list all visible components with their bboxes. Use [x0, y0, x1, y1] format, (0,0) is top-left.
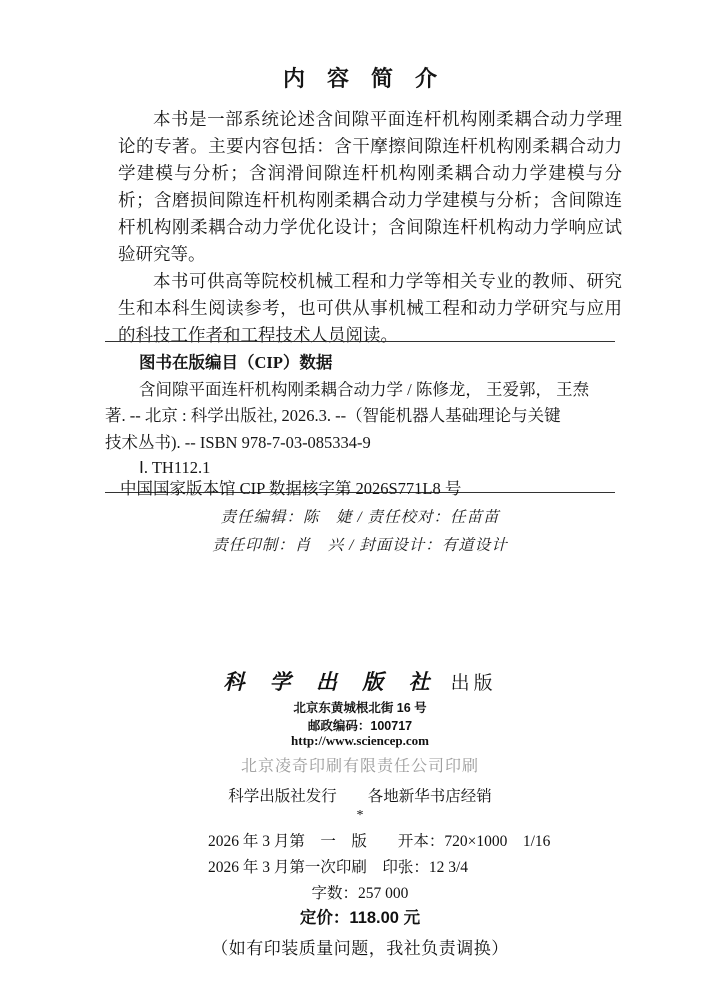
cip-publish-line: 著. -- 北京 : 科学出版社, 2026.3. --（智能机器人基础理论与关…	[105, 403, 615, 430]
intro-summary: 本书是一部系统论述含间隙平面连杆机构刚柔耦合动力学理论的专著。主要内容包括：含干…	[118, 106, 622, 349]
cip-classification: Ⅰ. TH112.1	[105, 456, 615, 478]
publisher-postcode: 邮政编码：100717	[0, 716, 720, 734]
printing-sheets-line: 2026 年 3 月第一次印刷 印张：12 3/4	[208, 855, 468, 877]
publisher-website: http://www.sciencep.com	[0, 733, 720, 749]
asterisk-divider: *	[0, 808, 720, 824]
publisher-logo-text: 科 学 出 版 社	[223, 669, 438, 694]
publisher-imprint: 科 学 出 版 社 出版	[0, 666, 720, 696]
intro-paragraph-1: 本书是一部系统论述含间隙平面连杆机构刚柔耦合动力学理论的专著。主要内容包括：含干…	[118, 106, 622, 268]
credits-line-editor: 责任编辑：陈 婕 / 责任校对：任苗苗	[0, 504, 720, 532]
cip-record-number: 中国国家版本馆 CIP 数据核字第 2026S771L8 号	[105, 478, 615, 499]
printer-name: 北京凌奇印刷有限责任公司印刷	[0, 753, 720, 776]
book-copyright-page: 内 容 简 介 本书是一部系统论述含间隙平面连杆机构刚柔耦合动力学理论的专著。主…	[0, 0, 720, 1000]
cip-header: 图书在版编目（CIP）数据	[105, 350, 615, 377]
cip-isbn-line: 技术丛书). -- ISBN 978-7-03-085334-9	[105, 430, 615, 457]
price: 定价：118.00 元	[0, 904, 720, 928]
distribution-line: 科学出版社发行 各地新华书店经销	[0, 784, 720, 806]
word-count: 字数：257 000	[0, 881, 720, 903]
publisher-imprint-suffix: 出版	[451, 673, 497, 694]
staff-credits: 责任编辑：陈 婕 / 责任校对：任苗苗 责任印制：肖 兴 / 封面设计：有道设计	[0, 504, 720, 560]
edition-format-line: 2026 年 3 月第 一 版 开本：720×1000 1/16	[208, 829, 550, 851]
cip-data-block: 图书在版编目（CIP）数据 含间隙平面连杆机构刚柔耦合动力学 / 陈修龙， 王爱…	[105, 341, 615, 493]
intro-paragraph-2: 本书可供高等院校机械工程和力学等相关专业的教师、研究生和本科生阅读参考，也可供从…	[118, 268, 622, 349]
cip-title-line: 含间隙平面连杆机构刚柔耦合动力学 / 陈修龙， 王爱郭， 王焘	[105, 377, 615, 404]
intro-title: 内 容 简 介	[0, 62, 720, 93]
publisher-address: 北京东黄城根北街 16 号	[0, 698, 720, 716]
credits-line-printing: 责任印制：肖 兴 / 封面设计：有道设计	[0, 532, 720, 560]
quality-notice: （如有印装质量问题，我社负责调换）	[0, 934, 720, 959]
